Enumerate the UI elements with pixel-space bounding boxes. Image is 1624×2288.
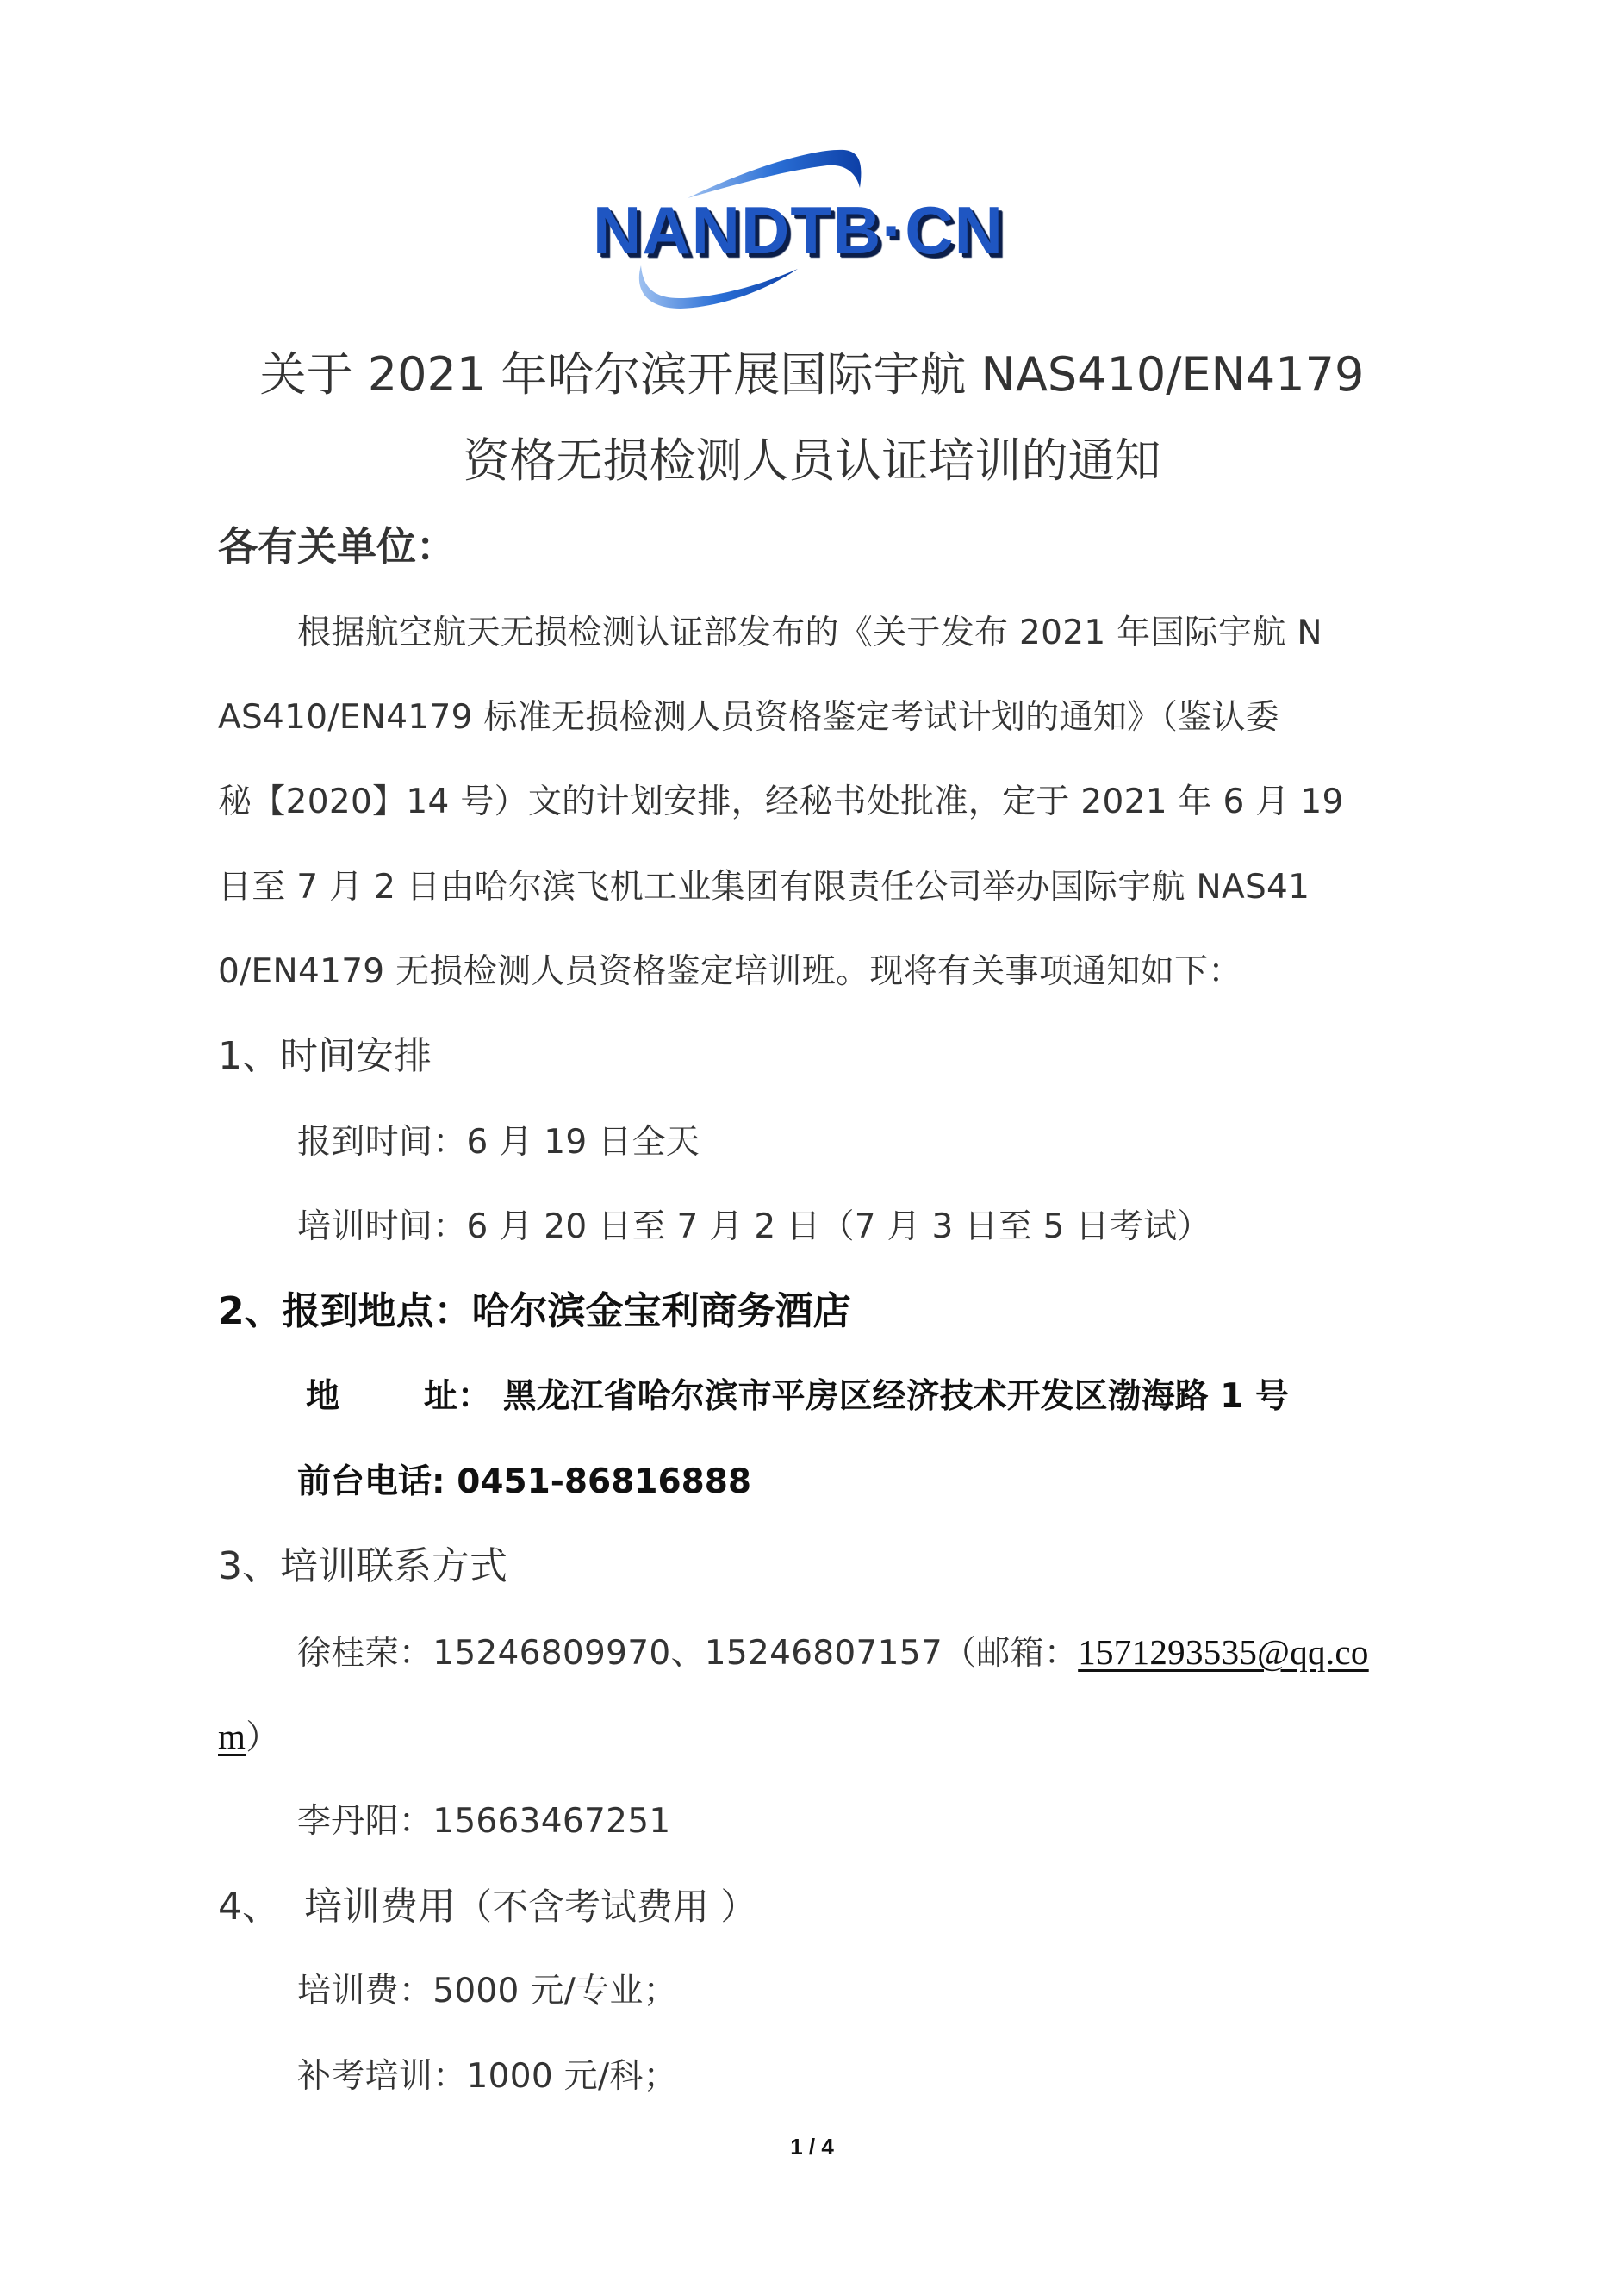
document-title-line-1: 关于 2021 年哈尔滨开展国际宇航 NAS410/EN4179 xyxy=(0,349,1624,401)
contact-li: 李丹阳：15663467251 xyxy=(297,1796,670,1848)
schedule-item-checkin: 报到时间：6 月 19 日全天 xyxy=(297,1117,700,1169)
document-title-line-2: 资格无损检测人员认证培训的通知 xyxy=(0,435,1624,487)
address-line: 地址： 黑龙江省哈尔滨市平房区经济技术开发区渤海路 1 号 xyxy=(306,1371,1289,1423)
document-page: NANDTB·CN 关于 2021 年哈尔滨开展国际宇航 NAS410/EN41… xyxy=(0,0,1624,2288)
phone-line: 前台电话: 0451-86816888 xyxy=(297,1456,751,1508)
logo-text: NANDTB·CN xyxy=(593,196,1004,264)
section-title: 培训费用 xyxy=(304,1885,456,1929)
contact-xu: 徐桂荣：15246809970、15246807157（邮箱：157129353… xyxy=(297,1626,1369,1680)
schedule-item-training: 培训时间：6 月 20 日至 7 月 2 日（7 月 3 日至 5 日考试） xyxy=(297,1201,1211,1253)
salutation: 各有关单位： xyxy=(218,521,456,572)
nandtb-logo: NANDTB·CN xyxy=(586,138,1068,327)
section-note: （不含考试费用 ） xyxy=(456,1886,756,1928)
intro-line: 根据航空航天无损检测认证部发布的《关于发布 2021 年国际宇航 N xyxy=(297,608,1322,659)
email-link[interactable]: 1571293535@qq.co xyxy=(1078,1632,1369,1672)
section-heading: 4、 培训费用（不含考试费用 ） xyxy=(218,1881,756,1933)
closing-paren: ） xyxy=(246,1718,279,1757)
address-label: 址： xyxy=(424,1377,491,1416)
phone-label: 前台电话: xyxy=(297,1462,445,1501)
section-heading: 3、培训联系方式 xyxy=(218,1541,507,1593)
fee-item-training: 培训费：5000 元/专业； xyxy=(297,1966,677,2017)
section-heading: 1、时间安排 xyxy=(218,1031,432,1082)
page-indicator: 1 / 4 xyxy=(0,2134,1624,2160)
address-label: 地 xyxy=(306,1377,339,1416)
fee-item-retake: 补考培训：1000 元/科； xyxy=(297,2051,677,2103)
section-heading: 2、报到地点：哈尔滨金宝利商务酒店 xyxy=(218,1286,851,1337)
intro-line: 秘【2020】14 号）文的计划安排，经秘书处批准，定于 2021 年 6 月 … xyxy=(218,776,1344,828)
intro-line: 0/EN4179 无损检测人员资格鉴定培训班。现将有关事项通知如下： xyxy=(218,946,1242,998)
contact-xu-continued: m） xyxy=(218,1711,280,1764)
phone-value: 0451-86816888 xyxy=(457,1462,751,1501)
intro-line: 日至 7 月 2 日由哈尔滨飞机工业集团有限责任公司举办国际宇航 NAS41 xyxy=(218,862,1310,913)
address-value: 黑龙江省哈尔滨市平房区经济技术开发区渤海路 1 号 xyxy=(503,1377,1289,1416)
contact-xu-text: 徐桂荣：15246809970、15246807157（邮箱： xyxy=(297,1634,1078,1673)
intro-line: AS410/EN4179 标准无损检测人员资格鉴定考试计划的通知》（鉴认委 xyxy=(218,692,1279,744)
section-number: 4、 xyxy=(218,1885,280,1929)
email-link[interactable]: m xyxy=(218,1717,246,1756)
